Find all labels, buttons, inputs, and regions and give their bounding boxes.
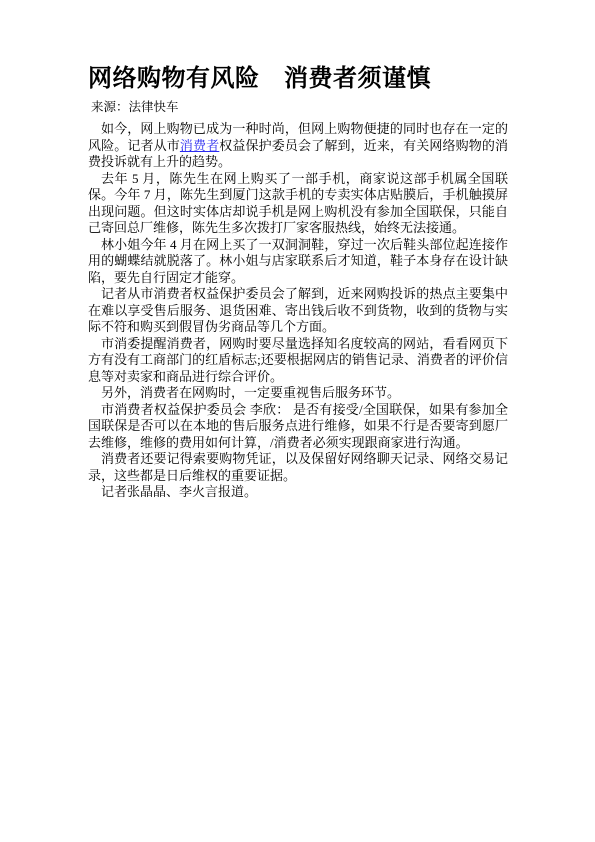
paragraph-byline: 记者张晶晶、李火言报道。 xyxy=(88,484,508,501)
source-line: 来源：法律快车 xyxy=(88,99,508,115)
paragraph-website-advice: 市消委提醒消费者，网购时要尽量选择知名度较高的网站，看看网页下方有没有工商部门的… xyxy=(88,336,508,386)
article-body: 如今，网上购物已成为一种时尚，但网上购物便捷的同时也存在一定的风险。记者从市消费… xyxy=(88,121,508,501)
paragraph-lixin-quote: 市消费者权益保护委员会 李欣： 是否有接受/全国联保，如果有参加全国联保是否可以… xyxy=(88,402,508,452)
paragraph-aftersales-note: 另外，消费者在网购时，一定要重视售后服务环节。 xyxy=(88,385,508,402)
paragraph-shoes-case: 林小姐今年 4 月在网上买了一双洞洞鞋，穿过一次后鞋头部位起连接作用的蝴蝶结就脱… xyxy=(88,237,508,287)
paragraph-keep-records: 消费者还要记得索要购物凭证，以及保留好网络聊天记录、网络交易记录，这些都是日后维… xyxy=(88,451,508,484)
article-title: 网络购物有风险 消费者须谨慎 xyxy=(88,64,508,94)
paragraph-complaint-hotspots: 记者从市消费者权益保护委员会了解到，近来网购投诉的热点主要集中在难以享受售后服务… xyxy=(88,286,508,336)
document-page: 网络购物有风险 消费者须谨慎 来源：法律快车 如今，网上购物已成为一种时尚，但网… xyxy=(0,0,595,842)
consumer-link[interactable]: 消费者 xyxy=(180,138,219,153)
paragraph-phone-case: 去年 5 月，陈先生在网上购买了一部手机，商家说这部手机属全国联保。今年 7 月… xyxy=(88,171,508,237)
intro-paragraph: 如今，网上购物已成为一种时尚，但网上购物便捷的同时也存在一定的风险。记者从市消费… xyxy=(88,121,508,171)
